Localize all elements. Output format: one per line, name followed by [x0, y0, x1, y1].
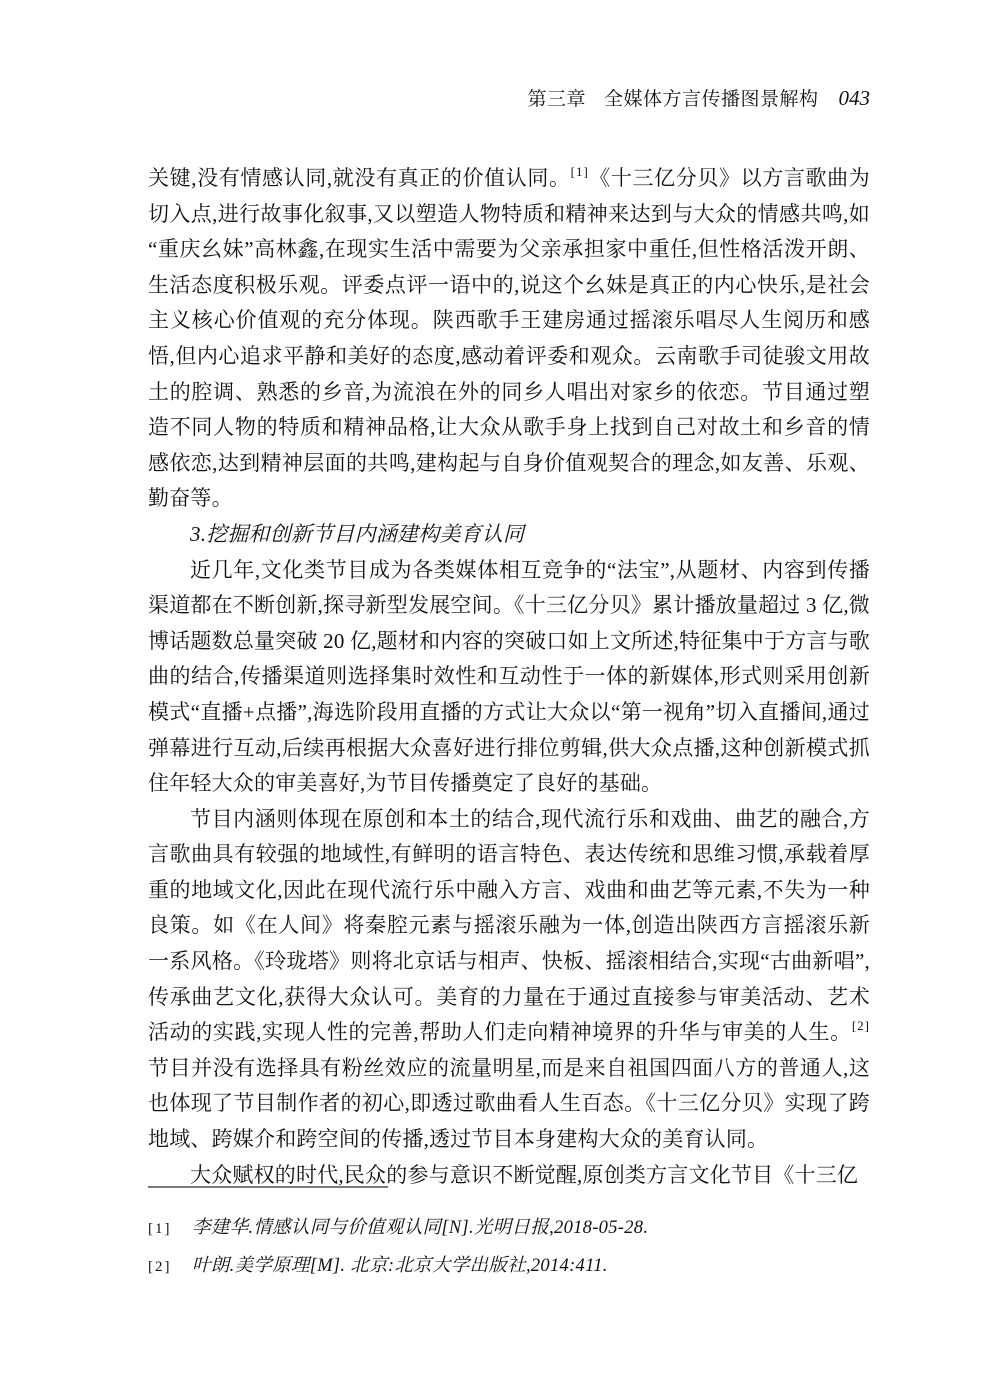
- footnote-text: 李建华.情感认同与价值观认同[N].光明日报,2018-05-28.: [192, 1210, 648, 1247]
- paragraph-text: 关键,没有情感认同,就没有真正的价值认同。: [148, 166, 571, 190]
- footnote-area: [1] 李建华.情感认同与价值观认同[N].光明日报,2018-05-28. […: [148, 1186, 870, 1286]
- paragraph: 节目内涵则体现在原创和本土的结合,现代流行乐和戏曲、曲艺的融合,方言歌曲具有较强…: [148, 802, 870, 1158]
- paragraph-text: 节目并没有选择具有粉丝效应的流量明星,而是来自祖国四面八方的普通人,这也体现了节…: [148, 1056, 870, 1151]
- book-page: 第三章全媒体方言传播图景解构043 关键,没有情感认同,就没有真正的价值认同。[…: [0, 0, 998, 1395]
- footnote-ref-2: [2]: [852, 1018, 870, 1033]
- footnote-1: [1] 李建华.情感认同与价值观认同[N].光明日报,2018-05-28.: [148, 1210, 870, 1248]
- section-heading: 3.挖掘和创新节目内涵建构美育认同: [148, 517, 870, 553]
- footnote-marker: [2]: [148, 1249, 192, 1286]
- footnote-divider: [148, 1186, 388, 1188]
- paragraph-continuation: 关键,没有情感认同,就没有真正的价值认同。[1]《十三亿分贝》以方言歌曲为切入点…: [148, 161, 870, 517]
- footnote-marker: [1]: [148, 1211, 192, 1248]
- paragraph-text: 节目内涵则体现在原创和本土的结合,现代流行乐和戏曲、曲艺的融合,方言歌曲具有较强…: [148, 807, 870, 1045]
- chapter-label: 第三章: [527, 89, 586, 110]
- footnote-text: 叶朗.美学原理[M]. 北京:北京大学出版社,2014:411.: [192, 1248, 608, 1285]
- running-header: 第三章全媒体方言传播图景解构043: [148, 86, 870, 113]
- footnote-ref-1: [1]: [571, 164, 589, 179]
- paragraph-text: 《十三亿分贝》以方言歌曲为切入点,进行故事化叙事,又以塑造人物特质和精神来达到与…: [148, 166, 870, 510]
- paragraph: 近几年,文化类节目成为各类媒体相互竞争的“法宝”,从题材、内容到传播渠道都在不断…: [148, 553, 870, 802]
- footnote-2: [2] 叶朗.美学原理[M]. 北京:北京大学出版社,2014:411.: [148, 1248, 870, 1286]
- body-text: 关键,没有情感认同,就没有真正的价值认同。[1]《十三亿分贝》以方言歌曲为切入点…: [148, 161, 870, 1193]
- chapter-title: 全媒体方言传播图景解构: [604, 89, 819, 110]
- page-number: 043: [839, 86, 871, 110]
